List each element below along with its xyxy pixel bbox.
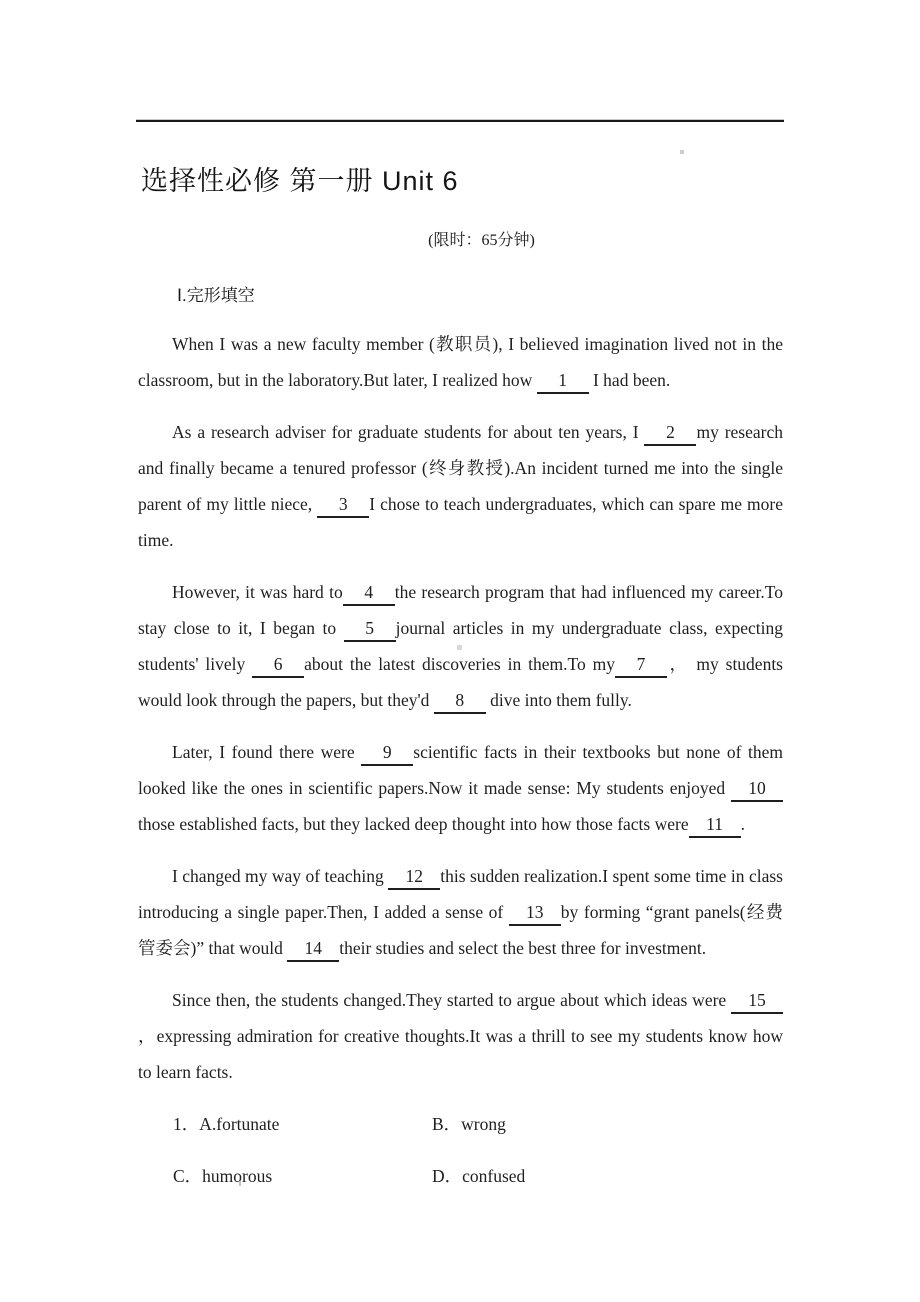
- option-cell: 1．A.fortunate: [173, 1106, 432, 1142]
- scan-artifact: [239, 1181, 241, 1186]
- scan-artifact: [457, 645, 462, 650]
- passage-paragraph: I changed my way of teaching 12this sudd…: [138, 858, 783, 966]
- time-limit-note: (限时：65分钟): [138, 231, 783, 251]
- cloze-blank-10: 10: [731, 777, 783, 802]
- option-cell: B．wrong: [432, 1106, 783, 1142]
- cloze-blank-2: 2: [644, 421, 696, 446]
- passage-paragraph: Since then, the students changed.They st…: [138, 982, 783, 1090]
- cloze-blank-1: 1: [537, 369, 589, 394]
- cloze-blank-6: 6: [252, 653, 304, 678]
- page-title: 选择性必修 第一册 Unit 6: [141, 168, 459, 195]
- cloze-blank-5: 5: [344, 617, 396, 642]
- option-cell: D．confused: [432, 1158, 783, 1194]
- cloze-blank-13: 13: [509, 901, 561, 926]
- cloze-blank-14: 14: [287, 937, 339, 962]
- passage-paragraph: Later, I found there were 9scientific fa…: [138, 734, 783, 842]
- scan-artifact: [680, 150, 684, 154]
- cloze-blank-4: 4: [343, 581, 395, 606]
- content-area: When I was a new faculty member (教职员), I…: [138, 326, 783, 1194]
- document-page: 选择性必修 第一册 Unit 6 (限时：65分钟) Ⅰ.完形填空 When I…: [0, 0, 920, 1302]
- cloze-blank-15: 15: [731, 989, 783, 1014]
- passage-paragraph: When I was a new faculty member (教职员), I…: [138, 326, 783, 398]
- section-heading-cloze: Ⅰ.完形填空: [177, 286, 255, 306]
- option-cell: C．humorous: [173, 1158, 432, 1194]
- header-rule: [136, 119, 784, 122]
- cloze-blank-12: 12: [388, 865, 440, 890]
- cloze-blank-3: 3: [317, 493, 369, 518]
- passage-paragraph: As a research adviser for graduate stude…: [138, 414, 783, 558]
- passage: When I was a new faculty member (教职员), I…: [138, 326, 783, 1090]
- cloze-blank-8: 8: [434, 689, 486, 714]
- cloze-blank-9: 9: [361, 741, 413, 766]
- options-grid: 1．A.fortunateB．wrongC．humorousD．confused: [138, 1106, 783, 1194]
- cloze-blank-11: 11: [689, 813, 741, 838]
- cloze-blank-7: 7: [615, 653, 667, 678]
